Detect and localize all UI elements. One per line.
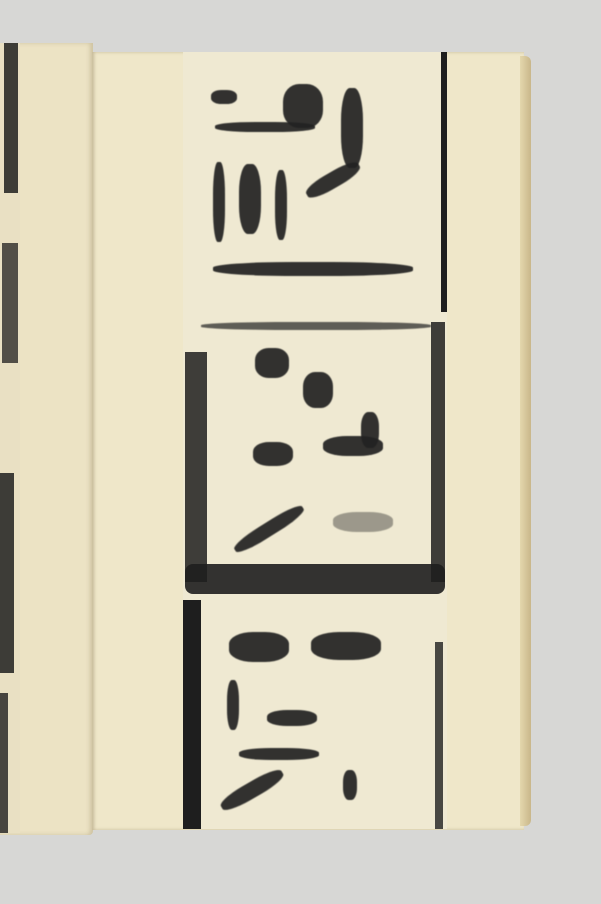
ink-rubbing	[183, 52, 447, 829]
left-page-rubbing-strip	[0, 43, 20, 833]
page-edge	[520, 56, 531, 826]
